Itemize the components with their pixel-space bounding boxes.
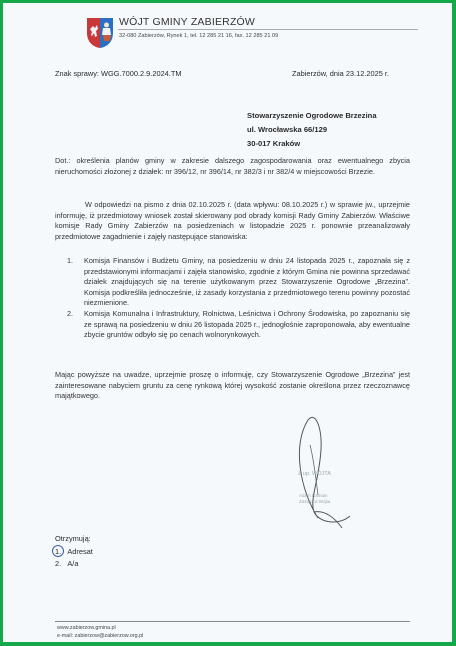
recipients-block: Otrzymują: 1. Adresat 2. A/a (55, 533, 93, 571)
addressee-block: Stowarzyszenie Ogrodowe Brzezina ul. Wro… (247, 109, 377, 151)
recipient-item: 2. A/a (55, 558, 93, 571)
list-number: 1. (67, 256, 73, 267)
list-number: 2. (67, 309, 73, 320)
signatory-role: Zastępca Wójta (299, 499, 330, 505)
footer-divider (55, 621, 410, 622)
coat-of-arms-icon (86, 17, 114, 49)
recipient-name: Adresat (67, 547, 92, 556)
recipient-name: A/a (67, 559, 78, 568)
office-name: WÓJT GMINY ZABIERZÓW (119, 16, 255, 28)
signature-stamp-title: Z up. WÓJTA (298, 471, 331, 477)
signature-stamp-name: Adam Ramian Zastępca Wójta (299, 493, 330, 505)
list-item: 1. Komisja Finansów i Budżetu Gminy, na … (84, 256, 410, 309)
footer-email: e-mail: zabierzow@zabierzow.org.pl (57, 632, 143, 640)
addressee-city: 30-017 Kraków (247, 137, 377, 151)
paragraph-2: Mając powyższe na uwadze, uprzejmie pros… (55, 370, 410, 402)
footer-website: www.zabierzow.gmina.pl (57, 624, 143, 632)
place-date: Zabierzów, dnia 23.12.2025 r. (292, 69, 389, 78)
recipient-item: 1. Adresat (55, 546, 93, 559)
list-text: Komisja Komunalna i Infrastruktury, Roln… (84, 309, 410, 339)
list-text: Komisja Finansów i Budżetu Gminy, na pos… (84, 256, 410, 307)
letter-page: WÓJT GMINY ZABIERZÓW 32-080 Zabierzów, R… (0, 0, 456, 646)
office-address: 32-080 Zabierzów, Rynek 1, tel. 12 285 2… (119, 33, 278, 39)
case-reference: Znak sprawy: WGG.7000.2.9.2024.TM (55, 69, 182, 78)
addressee-street: ul. Wrocławska 66/129 (247, 123, 377, 137)
handwritten-circle-mark (52, 545, 64, 557)
subject-line: Dot.: określenia planów gminy w zakresie… (55, 156, 410, 177)
committee-positions-list: 1. Komisja Finansów i Budżetu Gminy, na … (55, 256, 410, 341)
list-item: 2. Komisja Komunalna i Infrastruktury, R… (84, 309, 410, 341)
paragraph-1: W odpowiedzi na pismo z dnia 02.10.2025 … (55, 200, 410, 242)
header-divider (118, 29, 418, 30)
footer: www.zabierzow.gmina.pl e-mail: zabierzow… (57, 624, 143, 640)
recipient-number: 2. (55, 559, 61, 568)
addressee-name: Stowarzyszenie Ogrodowe Brzezina (247, 109, 377, 123)
handwritten-signature-icon (280, 400, 390, 530)
recipients-label: Otrzymują: (55, 533, 93, 546)
